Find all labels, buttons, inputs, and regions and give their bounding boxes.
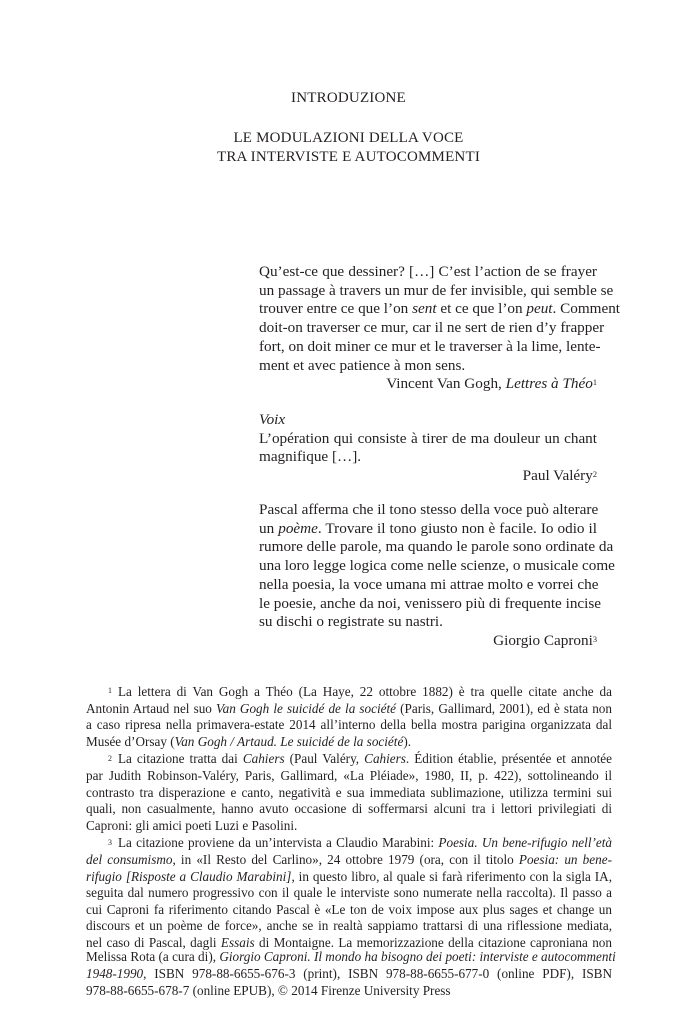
epigraph-van-gogh: Qu’est-ce que dessiner? […] C’est l’acti… bbox=[259, 263, 597, 394]
footnote-ref[interactable]: 3 bbox=[593, 635, 597, 644]
text-line: rumore delle parole, ma quando le parole… bbox=[259, 538, 597, 557]
text-line: rifugio [Risposte a Claudio Marabini], i… bbox=[86, 869, 612, 886]
text-line: par Judith Robinson-Valéry, Paris, Galli… bbox=[86, 768, 612, 785]
footnote-number: 1 bbox=[108, 686, 112, 695]
text-line: Antonin Artaud nel suo Van Gogh le suici… bbox=[86, 701, 612, 718]
text-line: un poème. Trovare il tono giusto non è f… bbox=[259, 520, 597, 539]
footnote-number: 3 bbox=[108, 838, 112, 847]
text-line: 3La citazione proviene da un’intervista … bbox=[86, 835, 612, 852]
epigraph-title: Voix bbox=[259, 411, 597, 430]
footnote-ref[interactable]: 2 bbox=[593, 470, 597, 479]
text-line: 978-88-6655-678-7 (online EPUB), © 2014 … bbox=[86, 982, 612, 999]
text-line: doit-on traverser ce mur, car il ne sert… bbox=[259, 319, 597, 338]
epigraph-caproni: Pascal afferma che il tono stesso della … bbox=[259, 501, 597, 651]
text-line: Musée d’Orsay (Van Gogh / Artaud. Le sui… bbox=[86, 734, 612, 751]
text-line: contrasto tra disperazione e canto, nega… bbox=[86, 785, 612, 802]
text-line: trouver entre ce que l’on sent et ce que… bbox=[259, 300, 597, 319]
text-line: fort, on doit miner ce mur et le travers… bbox=[259, 338, 597, 357]
epigraph-text: Qu’est-ce que dessiner? […] C’est l’acti… bbox=[259, 263, 597, 375]
chapter-title-line-1: LE MODULAZIONI DELLA VOCE bbox=[0, 130, 697, 147]
text-line: ment et avec patience à mon sens. bbox=[259, 357, 597, 376]
colophon: Melissa Rota (a cura di), Giorgio Capron… bbox=[86, 948, 612, 999]
text-line: magnifique […]. bbox=[259, 448, 597, 467]
text-line: 1948-1990, ISBN 978-88-6655-676-3 (print… bbox=[86, 965, 612, 982]
footnote-2: 2La citazione tratta dai Cahiers (Paul V… bbox=[86, 751, 612, 834]
text-line: L’opération qui consiste à tirer de ma d… bbox=[259, 430, 597, 449]
text-line: quali, non casualmente, hanno avuto occa… bbox=[86, 801, 612, 818]
text-line: del consumismo, in «Il Resto del Carlino… bbox=[86, 852, 612, 869]
epigraph-text: L’opération qui consiste à tirer de ma d… bbox=[259, 430, 597, 467]
footnote-1: 1La lettera di Van Gogh a Théo (La Haye,… bbox=[86, 684, 612, 750]
chapter-title-line-2: TRA INTERVISTE E AUTOCOMMENTI bbox=[0, 149, 697, 166]
work-title: Lettres à Théo bbox=[506, 375, 593, 392]
text-line: nella poesia, la voce umana mi attrae mo… bbox=[259, 576, 597, 595]
text-line: 2La citazione tratta dai Cahiers (Paul V… bbox=[86, 751, 612, 768]
text-line: Caproni: gli amici poeti Luzi e Pasolini… bbox=[86, 818, 612, 835]
epigraph-attribution: Vincent Van Gogh, Lettres à Théo1 bbox=[259, 375, 597, 394]
epigraph-valery: Voix L’opération qui consiste à tirer de… bbox=[259, 411, 597, 486]
text-line: Melissa Rota (a cura di), Giorgio Capron… bbox=[86, 948, 612, 965]
text-line: discours et un poème de force», anche se… bbox=[86, 918, 612, 935]
text-line: Qu’est-ce que dessiner? […] C’est l’acti… bbox=[259, 263, 597, 282]
footnote-3: 3La citazione proviene da un’intervista … bbox=[86, 835, 612, 951]
epigraph-attribution: Paul Valéry2 bbox=[259, 467, 597, 486]
text-line: le poesie, anche da noi, venissero più d… bbox=[259, 595, 597, 614]
text-line: cui Caproni fa riferimento citando Pasca… bbox=[86, 902, 612, 919]
text-line: seguita dal numero progressivo con il qu… bbox=[86, 885, 612, 902]
text-line: un passage à travers un mur de fer invis… bbox=[259, 282, 597, 301]
text-line: Pascal afferma che il tono stesso della … bbox=[259, 501, 597, 520]
text-line: a caso ripresa nella primavera-estate 20… bbox=[86, 717, 612, 734]
text-line: una loro legge logica come nelle scienze… bbox=[259, 557, 597, 576]
text-line: su dischi o registrate su nastri. bbox=[259, 613, 597, 632]
footnote-ref[interactable]: 1 bbox=[593, 378, 597, 387]
footnotes: 1La lettera di Van Gogh a Théo (La Haye,… bbox=[86, 684, 612, 953]
section-heading: INTRODUZIONE bbox=[0, 90, 697, 107]
footnote-number: 2 bbox=[108, 754, 112, 763]
epigraph-text: Pascal afferma che il tono stesso della … bbox=[259, 501, 597, 632]
text-line: 1La lettera di Van Gogh a Théo (La Haye,… bbox=[86, 684, 612, 701]
epigraph-attribution: Giorgio Caproni3 bbox=[259, 632, 597, 651]
